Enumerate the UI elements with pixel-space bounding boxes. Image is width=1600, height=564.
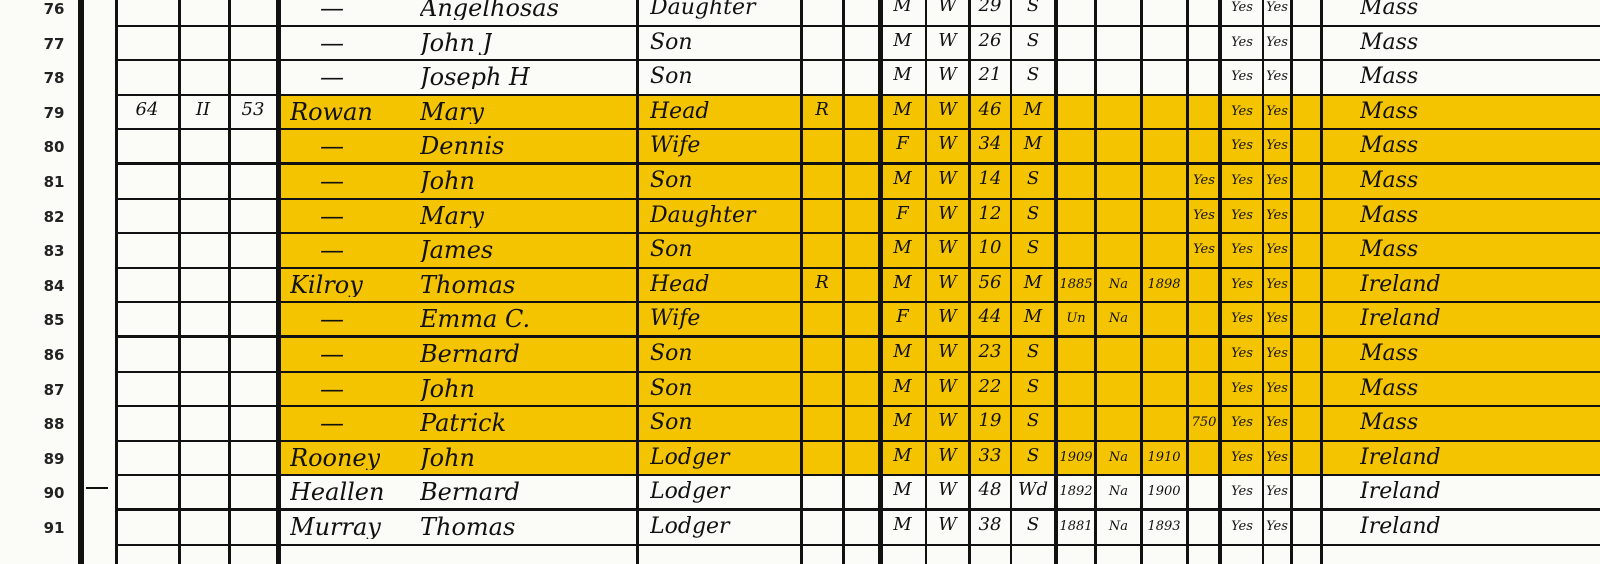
grid-row-line bbox=[115, 508, 1600, 511]
marital-cell: M bbox=[1012, 135, 1054, 153]
grid-column-line bbox=[842, 0, 845, 564]
relation-cell: Lodger bbox=[650, 447, 800, 469]
birthplace-cell: Mass bbox=[1360, 412, 1580, 434]
relation-cell: Son bbox=[650, 170, 800, 192]
race-cell: W bbox=[927, 135, 968, 153]
sex-cell: M bbox=[880, 447, 925, 465]
relation-cell: Head bbox=[650, 101, 800, 123]
read-cell: Yes bbox=[1222, 520, 1262, 533]
marital-cell: M bbox=[1012, 101, 1054, 119]
read-cell: Yes bbox=[1222, 105, 1262, 118]
given-name: Dennis bbox=[420, 134, 504, 158]
grid-column-line bbox=[1290, 0, 1293, 564]
birthplace-cell: Mass bbox=[1360, 170, 1580, 192]
age-cell: 48 bbox=[970, 481, 1010, 499]
write-cell: Yes bbox=[1264, 105, 1290, 118]
grid-column-line bbox=[276, 0, 281, 564]
grid-column-line bbox=[178, 0, 181, 564]
line-number: 82 bbox=[34, 208, 74, 226]
age-cell: 26 bbox=[970, 32, 1010, 50]
given-name: Joseph H bbox=[420, 65, 530, 89]
grid-row-line bbox=[115, 405, 1600, 407]
surname-ditto: — bbox=[320, 377, 344, 401]
age-cell: 44 bbox=[970, 308, 1010, 326]
race-cell: W bbox=[927, 274, 968, 292]
sex-cell: M bbox=[880, 481, 925, 499]
natyear-cell: 1893 bbox=[1142, 520, 1186, 533]
surname: Murray bbox=[290, 515, 381, 539]
grid-row-line bbox=[115, 59, 1600, 61]
age-cell: 21 bbox=[970, 66, 1010, 84]
write-cell: Yes bbox=[1264, 139, 1290, 152]
birthplace-cell: Mass bbox=[1360, 343, 1580, 365]
write-cell: Yes bbox=[1264, 36, 1290, 49]
read-cell: Yes bbox=[1222, 209, 1262, 222]
read-cell: Yes bbox=[1222, 312, 1262, 325]
natyear-cell: 1898 bbox=[1142, 278, 1186, 291]
relation-cell: Wife bbox=[650, 308, 800, 330]
given-name: John bbox=[420, 446, 475, 470]
race-cell: W bbox=[927, 412, 968, 430]
surname-ditto: — bbox=[320, 31, 344, 55]
relation-cell: Son bbox=[650, 239, 800, 261]
grid-column-line bbox=[78, 0, 84, 564]
birthplace-cell: Ireland bbox=[1360, 516, 1580, 538]
read-cell: Yes bbox=[1222, 36, 1262, 49]
sex-cell: M bbox=[880, 0, 925, 15]
marital-cell: S bbox=[1012, 239, 1054, 257]
given-name: Bernard bbox=[420, 342, 520, 366]
given-name: John bbox=[420, 169, 475, 193]
natur-cell: Na bbox=[1097, 520, 1140, 533]
tenure-cell: R bbox=[802, 101, 842, 119]
given-name: Thomas bbox=[420, 515, 515, 539]
birthplace-cell: Mass bbox=[1360, 378, 1580, 400]
line-number: 88 bbox=[34, 415, 74, 433]
surname-ditto: — bbox=[320, 65, 344, 89]
school-cell: Yes bbox=[1190, 209, 1218, 222]
grid-row-line bbox=[115, 162, 1600, 165]
read-cell: Yes bbox=[1222, 451, 1262, 464]
write-cell: Yes bbox=[1264, 209, 1290, 222]
read-cell: Yes bbox=[1222, 278, 1262, 291]
grid-row-line bbox=[115, 128, 1600, 130]
given-name: Mary bbox=[420, 204, 484, 228]
immig-cell: 1885 bbox=[1058, 278, 1094, 291]
birthplace-cell: Ireland bbox=[1360, 481, 1580, 503]
sex-cell: M bbox=[880, 32, 925, 50]
natyear-cell: 1900 bbox=[1142, 485, 1186, 498]
immig-cell: 1892 bbox=[1058, 485, 1094, 498]
given-name: Thomas bbox=[420, 273, 515, 297]
given-name: Mary bbox=[420, 100, 484, 124]
relation-cell: Son bbox=[650, 378, 800, 400]
family-cell: II bbox=[180, 101, 226, 119]
read-cell: Yes bbox=[1222, 70, 1262, 83]
given-name: Patrick bbox=[420, 411, 506, 435]
grid-row-line bbox=[115, 371, 1600, 373]
relation-cell: Son bbox=[650, 343, 800, 365]
natyear-cell: 1910 bbox=[1142, 451, 1186, 464]
immig-cell: 1909 bbox=[1058, 451, 1094, 464]
read-cell: Yes bbox=[1222, 382, 1262, 395]
surname-ditto: — bbox=[320, 204, 344, 228]
surname: Kilroy bbox=[290, 273, 363, 297]
age-cell: 33 bbox=[970, 447, 1010, 465]
line-number: 90 bbox=[34, 484, 74, 502]
surname-ditto: — bbox=[320, 238, 344, 262]
marital-cell: S bbox=[1012, 66, 1054, 84]
write-cell: Yes bbox=[1264, 451, 1290, 464]
school-cell: Yes bbox=[1190, 243, 1218, 256]
grid-column-line bbox=[115, 0, 118, 564]
relation-cell: Son bbox=[650, 32, 800, 54]
grid-row-line bbox=[115, 94, 1600, 96]
house-cell: 53 bbox=[230, 101, 276, 119]
grid-row-line bbox=[115, 301, 1600, 303]
write-cell: Yes bbox=[1264, 278, 1290, 291]
birthplace-cell: Ireland bbox=[1360, 447, 1580, 469]
age-cell: 38 bbox=[970, 516, 1010, 534]
birthplace-cell: Mass bbox=[1360, 101, 1580, 123]
write-cell: Yes bbox=[1264, 174, 1290, 187]
age-cell: 56 bbox=[970, 274, 1010, 292]
age-cell: 29 bbox=[970, 0, 1010, 15]
birthplace-cell: Ireland bbox=[1360, 274, 1580, 296]
write-cell: Yes bbox=[1264, 70, 1290, 83]
marital-cell: M bbox=[1012, 274, 1054, 292]
immig-cell: Un bbox=[1058, 312, 1094, 325]
sex-cell: M bbox=[880, 516, 925, 534]
grid-row-line bbox=[115, 25, 1600, 27]
marital-cell: S bbox=[1012, 0, 1054, 15]
line-number: 81 bbox=[34, 173, 74, 191]
natur-cell: Na bbox=[1097, 312, 1140, 325]
marital-cell: S bbox=[1012, 378, 1054, 396]
surname: Rowan bbox=[290, 100, 373, 124]
grid-column-line bbox=[1320, 0, 1323, 564]
write-cell: Yes bbox=[1264, 382, 1290, 395]
sex-cell: M bbox=[880, 412, 925, 430]
race-cell: W bbox=[927, 205, 968, 223]
race-cell: W bbox=[927, 0, 968, 15]
surname: Heallen bbox=[290, 480, 384, 504]
line-number: 85 bbox=[34, 311, 74, 329]
line-number: 89 bbox=[34, 450, 74, 468]
sex-cell: F bbox=[880, 308, 925, 326]
surname-ditto: — bbox=[320, 134, 344, 158]
birthplace-cell: Mass bbox=[1360, 205, 1580, 227]
read-cell: Yes bbox=[1222, 416, 1262, 429]
line-number: 76 bbox=[34, 0, 74, 18]
line-number: 80 bbox=[34, 138, 74, 156]
grid-row-line bbox=[115, 335, 1600, 338]
read-cell: Yes bbox=[1222, 243, 1262, 256]
relation-cell: Lodger bbox=[650, 481, 800, 503]
race-cell: W bbox=[927, 170, 968, 188]
given-name: Bernard bbox=[420, 480, 520, 504]
race-cell: W bbox=[927, 239, 968, 257]
write-cell: Yes bbox=[1264, 1, 1290, 14]
birthplace-cell: Mass bbox=[1360, 239, 1580, 261]
age-cell: 34 bbox=[970, 135, 1010, 153]
marital-cell: S bbox=[1012, 32, 1054, 50]
grid-column-line bbox=[636, 0, 639, 564]
marital-cell: S bbox=[1012, 343, 1054, 361]
sex-cell: M bbox=[880, 66, 925, 84]
race-cell: W bbox=[927, 378, 968, 396]
relation-cell: Daughter bbox=[650, 205, 800, 227]
line-number: 79 bbox=[34, 104, 74, 122]
line-number: 77 bbox=[34, 35, 74, 53]
birthplace-cell: Mass bbox=[1360, 135, 1580, 157]
line-number: 78 bbox=[34, 69, 74, 87]
write-cell: Yes bbox=[1264, 347, 1290, 360]
relation-cell: Son bbox=[650, 66, 800, 88]
sex-cell: F bbox=[880, 205, 925, 223]
natur-cell: Na bbox=[1097, 278, 1140, 291]
birthplace-cell: Mass bbox=[1360, 32, 1580, 54]
marital-cell: S bbox=[1012, 447, 1054, 465]
read-cell: Yes bbox=[1222, 1, 1262, 14]
birthplace-cell: Mass bbox=[1360, 66, 1580, 88]
line-number: 91 bbox=[34, 519, 74, 537]
sex-cell: M bbox=[880, 274, 925, 292]
relation-cell: Wife bbox=[650, 135, 800, 157]
surname-ditto: — bbox=[320, 411, 344, 435]
write-cell: Yes bbox=[1264, 485, 1290, 498]
age-cell: 46 bbox=[970, 101, 1010, 119]
given-name: Angelhosas bbox=[420, 0, 559, 20]
line-number: 84 bbox=[34, 277, 74, 295]
surname-ditto: — bbox=[320, 307, 344, 331]
race-cell: W bbox=[927, 66, 968, 84]
given-name: James bbox=[420, 238, 493, 262]
grid-row-line bbox=[115, 440, 1600, 442]
sex-cell: M bbox=[880, 101, 925, 119]
sex-cell: M bbox=[880, 343, 925, 361]
sex-cell: M bbox=[880, 378, 925, 396]
line-number: 86 bbox=[34, 346, 74, 364]
race-cell: W bbox=[927, 32, 968, 50]
sex-cell: M bbox=[880, 239, 925, 257]
grid-column-line bbox=[228, 0, 231, 564]
marital-cell: M bbox=[1012, 308, 1054, 326]
race-cell: W bbox=[927, 343, 968, 361]
marital-cell: S bbox=[1012, 516, 1054, 534]
read-cell: Yes bbox=[1222, 485, 1262, 498]
read-cell: Yes bbox=[1222, 347, 1262, 360]
relation-cell: Daughter bbox=[650, 0, 800, 19]
birthplace-cell: Ireland bbox=[1360, 308, 1580, 330]
grid-column-line bbox=[1186, 0, 1189, 564]
age-cell: 14 bbox=[970, 170, 1010, 188]
pen-mark bbox=[86, 487, 108, 489]
natur-cell: Na bbox=[1097, 485, 1140, 498]
surname-ditto: — bbox=[320, 342, 344, 366]
race-cell: W bbox=[927, 447, 968, 465]
given-name: Emma C. bbox=[420, 307, 530, 331]
race-cell: W bbox=[927, 516, 968, 534]
read-cell: Yes bbox=[1222, 174, 1262, 187]
census-sheet: 76—AngelhosasDaughterMW29SYesYesMass77—J… bbox=[0, 0, 1600, 564]
grid-row-line bbox=[115, 267, 1600, 269]
grid-row-line bbox=[115, 232, 1600, 234]
race-cell: W bbox=[927, 101, 968, 119]
age-cell: 22 bbox=[970, 378, 1010, 396]
natur-cell: Na bbox=[1097, 451, 1140, 464]
birthplace-cell: Mass bbox=[1360, 0, 1580, 19]
dwelling-cell: 64 bbox=[116, 101, 178, 119]
grid-row-line bbox=[115, 198, 1600, 200]
surname-ditto: — bbox=[320, 0, 344, 20]
school-cell: Yes bbox=[1190, 174, 1218, 187]
marital-cell: S bbox=[1012, 412, 1054, 430]
line-number: 83 bbox=[34, 242, 74, 260]
grid-row-line bbox=[115, 544, 1600, 546]
grid-row-line bbox=[115, 474, 1600, 476]
marital-cell: S bbox=[1012, 205, 1054, 223]
write-cell: Yes bbox=[1264, 243, 1290, 256]
relation-cell: Lodger bbox=[650, 516, 800, 538]
marital-cell: Wd bbox=[1012, 481, 1054, 499]
read-cell: Yes bbox=[1222, 139, 1262, 152]
age-cell: 19 bbox=[970, 412, 1010, 430]
relation-cell: Son bbox=[650, 412, 800, 434]
age-cell: 23 bbox=[970, 343, 1010, 361]
tenure-cell: R bbox=[802, 274, 842, 292]
sex-cell: F bbox=[880, 135, 925, 153]
given-name: John bbox=[420, 377, 475, 401]
immig-cell: 1881 bbox=[1058, 520, 1094, 533]
race-cell: W bbox=[927, 481, 968, 499]
write-cell: Yes bbox=[1264, 520, 1290, 533]
given-name: John J bbox=[420, 31, 492, 55]
age-cell: 10 bbox=[970, 239, 1010, 257]
marital-cell: S bbox=[1012, 170, 1054, 188]
school-cell: 750 bbox=[1190, 416, 1218, 429]
surname: Rooney bbox=[290, 446, 380, 470]
race-cell: W bbox=[927, 308, 968, 326]
age-cell: 12 bbox=[970, 205, 1010, 223]
relation-cell: Head bbox=[650, 274, 800, 296]
line-number: 87 bbox=[34, 381, 74, 399]
write-cell: Yes bbox=[1264, 312, 1290, 325]
sex-cell: M bbox=[880, 170, 925, 188]
surname-ditto: — bbox=[320, 169, 344, 193]
write-cell: Yes bbox=[1264, 416, 1290, 429]
